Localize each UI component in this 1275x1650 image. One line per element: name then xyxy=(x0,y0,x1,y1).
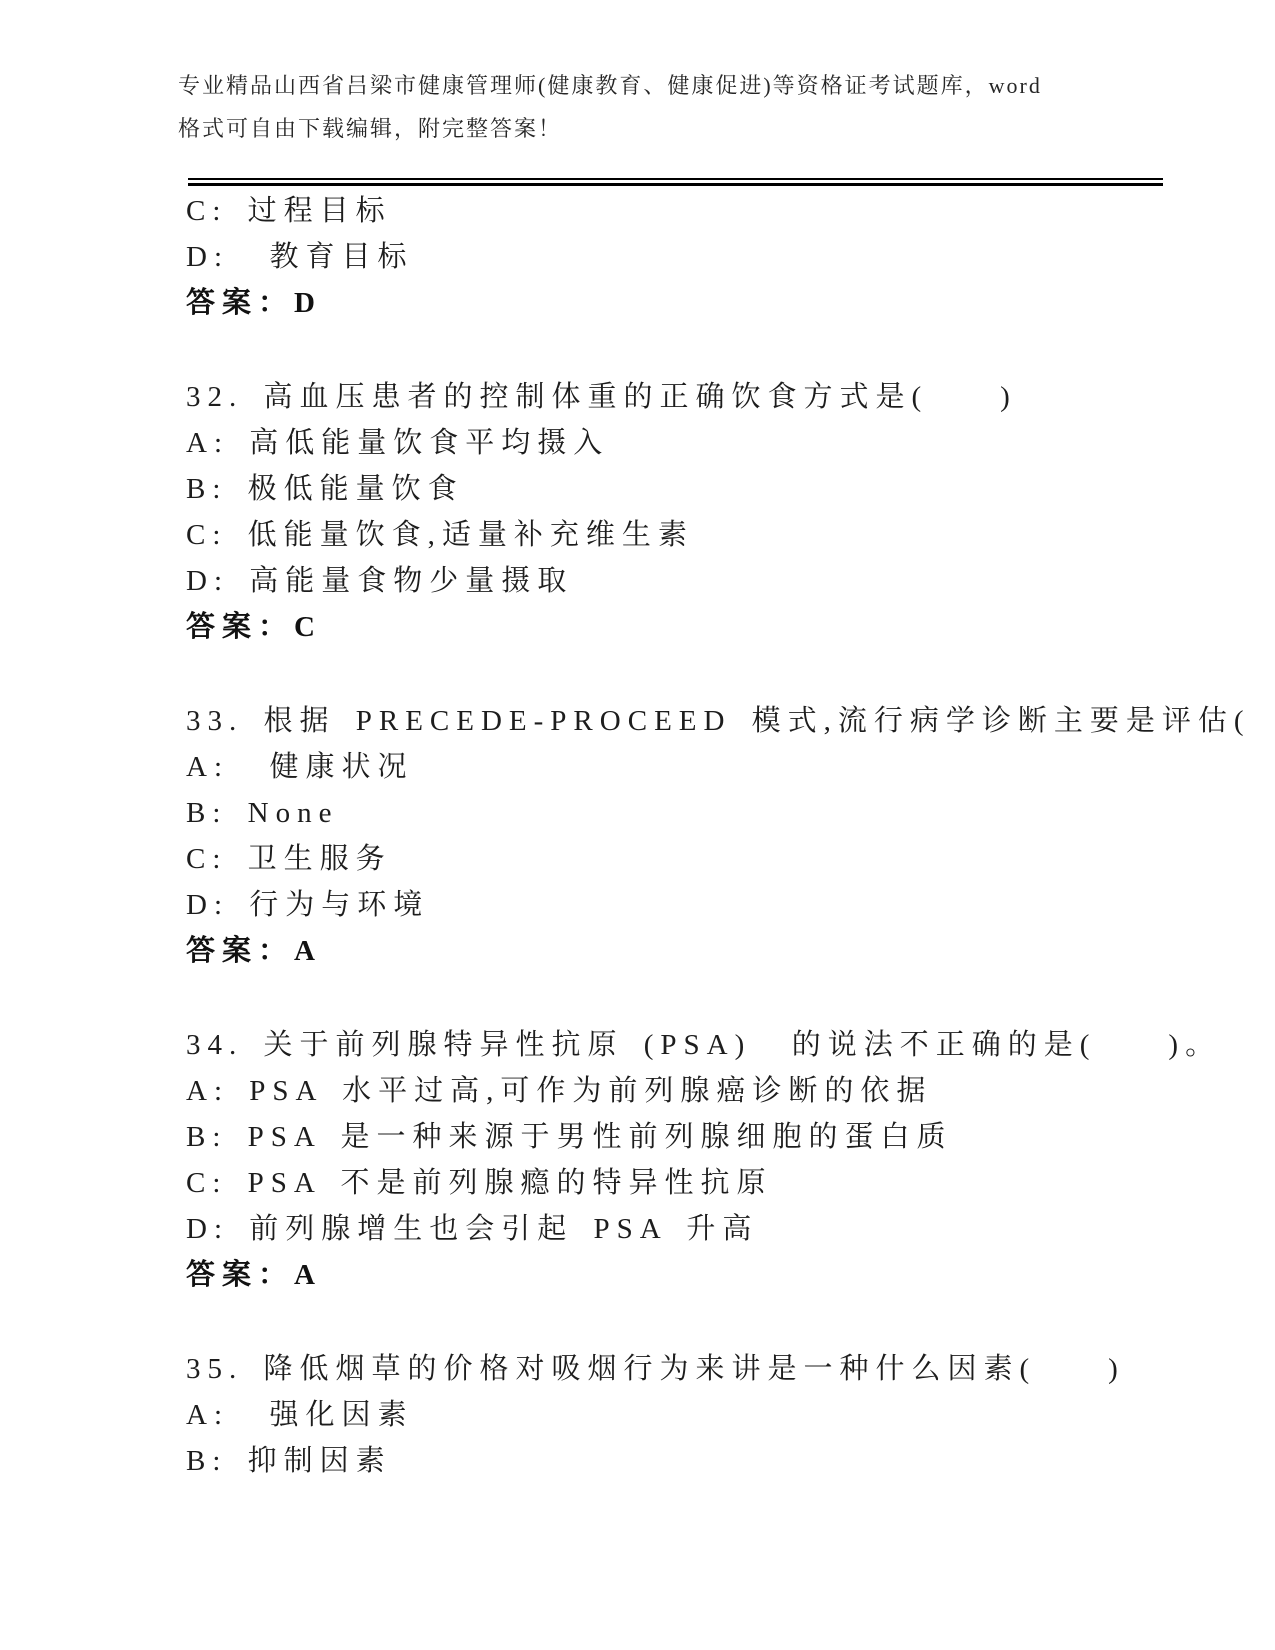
option-line: D: 教育目标 xyxy=(186,234,1206,280)
option-line: D: 前列腺增生也会引起 PSA 升高 xyxy=(186,1206,1206,1252)
option-line: B: 极低能量饮食 xyxy=(186,466,1206,512)
question-block-31: C: 过程目标 D: 教育目标 答案：D xyxy=(186,188,1206,326)
document-page: 专业精品山西省吕梁市健康管理师(健康教育、健康促进)等资格证考试题库，word … xyxy=(0,0,1275,1650)
question-block-34: 34. 关于前列腺特异性抗原 (PSA) 的说法不正确的是( )。 A: PSA… xyxy=(186,1022,1206,1298)
answer-line: 答案：A xyxy=(186,1252,1206,1298)
answer-line: 答案：C xyxy=(186,604,1206,650)
answer-line: 答案：A xyxy=(186,928,1206,974)
option-line: D: 高能量食物少量摄取 xyxy=(186,558,1206,604)
option-line: C: PSA 不是前列腺瘾的特异性抗原 xyxy=(186,1160,1206,1206)
question-block-35: 35. 降低烟草的价格对吸烟行为来讲是一种什么因素( ) A: 强化因素 B: … xyxy=(186,1346,1206,1484)
option-line: A: PSA 水平过高,可作为前列腺癌诊断的依据 xyxy=(186,1068,1206,1114)
option-line: C: 低能量饮食,适量补充维生素 xyxy=(186,512,1206,558)
option-line: B: None xyxy=(186,790,1206,836)
header-line-1: 专业精品山西省吕梁市健康管理师(健康教育、健康促进)等资格证考试题库，word xyxy=(178,64,1098,107)
option-line: B: PSA 是一种来源于男性前列腺细胞的蛋白质 xyxy=(186,1114,1206,1160)
option-line: C: 卫生服务 xyxy=(186,836,1206,882)
question-list: C: 过程目标 D: 教育目标 答案：D 32. 高血压患者的控制体重的正确饮食… xyxy=(186,188,1206,1532)
header-divider xyxy=(188,178,1163,186)
option-line: B: 抑制因素 xyxy=(186,1438,1206,1484)
question-title: 35. 降低烟草的价格对吸烟行为来讲是一种什么因素( ) xyxy=(186,1346,1206,1392)
option-line: A: 强化因素 xyxy=(186,1392,1206,1438)
option-line: A: 健康状况 xyxy=(186,744,1206,790)
question-title: 34. 关于前列腺特异性抗原 (PSA) 的说法不正确的是( )。 xyxy=(186,1022,1206,1068)
document-header: 专业精品山西省吕梁市健康管理师(健康教育、健康促进)等资格证考试题库，word … xyxy=(178,64,1098,150)
option-line: C: 过程目标 xyxy=(186,188,1206,234)
question-title: 33. 根据 PRECEDE-PROCEED 模式,流行病学诊断主要是评估( ) xyxy=(186,698,1206,744)
question-title: 32. 高血压患者的控制体重的正确饮食方式是( ) xyxy=(186,374,1206,420)
question-block-32: 32. 高血压患者的控制体重的正确饮食方式是( ) A: 高低能量饮食平均摄入 … xyxy=(186,374,1206,650)
question-block-33: 33. 根据 PRECEDE-PROCEED 模式,流行病学诊断主要是评估( )… xyxy=(186,698,1206,974)
answer-line: 答案：D xyxy=(186,280,1206,326)
header-line-2: 格式可自由下载编辑，附完整答案！ xyxy=(178,107,1098,150)
option-line: A: 高低能量饮食平均摄入 xyxy=(186,420,1206,466)
option-line: D: 行为与环境 xyxy=(186,882,1206,928)
